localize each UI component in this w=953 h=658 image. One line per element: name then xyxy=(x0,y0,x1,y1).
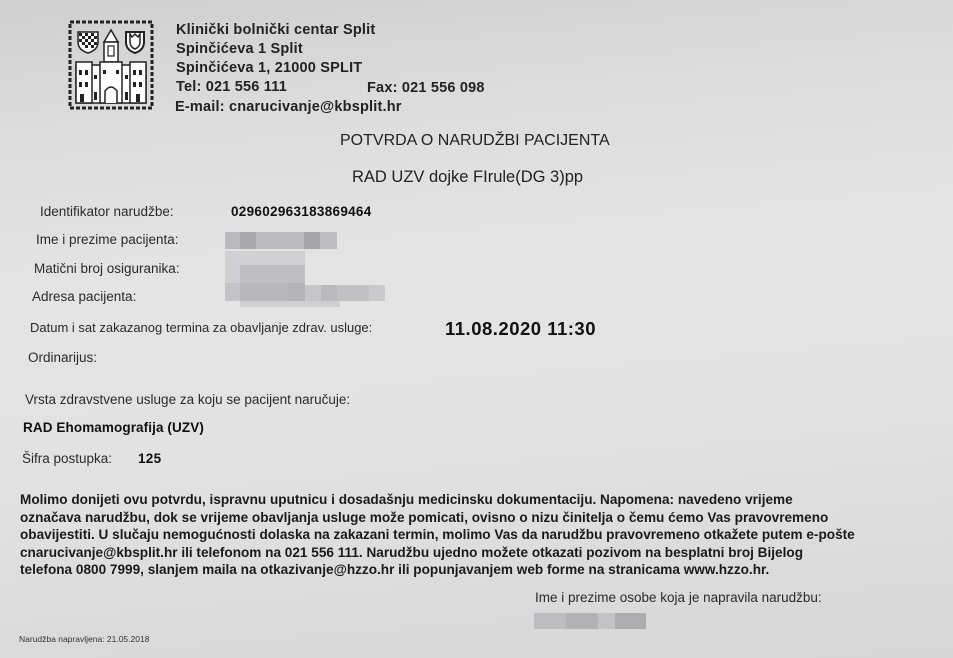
address-full: Spinčićeva 1, 21000 SPLIT xyxy=(176,60,362,76)
notice-line: označava narudžbu, dok se vrijeme obavlj… xyxy=(20,509,953,527)
procedure-code-value: 125 xyxy=(138,451,161,466)
notice-line: telefona 0800 7999, slanjem maila na otk… xyxy=(20,561,953,579)
notice-line: cnarucivanje@kbsplit.hr ili telefonom na… xyxy=(20,544,953,562)
document-title: POTVRDA O NARUDŽBI PACIJENTA xyxy=(340,132,610,150)
order-creator-label: Ime i prezime osobe koja je napravila na… xyxy=(535,590,822,605)
notice-line: Molimo donijeti ovu potvrdu, ispravnu up… xyxy=(20,491,953,509)
email: E-mail: cnarucivanje@kbsplit.hr xyxy=(175,99,402,115)
hospital-logo xyxy=(68,20,154,110)
order-created-date: Narudžba napravljena: 21.05.2018 xyxy=(19,634,149,644)
patient-address-label: Adresa pacijenta: xyxy=(32,289,136,304)
city-coat-of-arms-icon xyxy=(68,20,154,110)
patient-name-label: Ime i prezime pacijenta: xyxy=(36,232,179,247)
order-id-label: Identifikator narudžbe: xyxy=(40,204,174,219)
appointment-datetime-value: 11.08.2020 11:30 xyxy=(445,318,596,340)
address-short: Spinčićeva 1 Split xyxy=(176,41,303,57)
order-id-value: 029602963183869464 xyxy=(231,204,372,219)
telephone: Tel: 021 556 111 xyxy=(176,79,287,95)
appointment-datetime-label: Datum i sat zakazanog termina za obavlja… xyxy=(30,320,372,335)
insurance-number-label: Matični broj osiguranika: xyxy=(34,261,180,276)
physician-label: Ordinarijus: xyxy=(28,350,97,365)
service-type-label: Vrsta zdravstvene usluge za koju se paci… xyxy=(25,392,350,407)
fax: Fax: 021 556 098 xyxy=(367,80,485,96)
document-subtitle: RAD UZV dojke FIrule(DG 3)pp xyxy=(352,168,583,187)
notice-paragraph: Molimo donijeti ovu potvrdu, ispravnu up… xyxy=(20,491,953,579)
service-type-value: RAD Ehomamografija (UZV) xyxy=(23,420,204,435)
procedure-code-label: Šifra postupka: xyxy=(22,451,112,466)
notice-line: obavijestiti. U slučaju nemogućnosti dol… xyxy=(20,526,953,544)
institution-name: Klinički bolnički centar Split xyxy=(176,22,375,38)
